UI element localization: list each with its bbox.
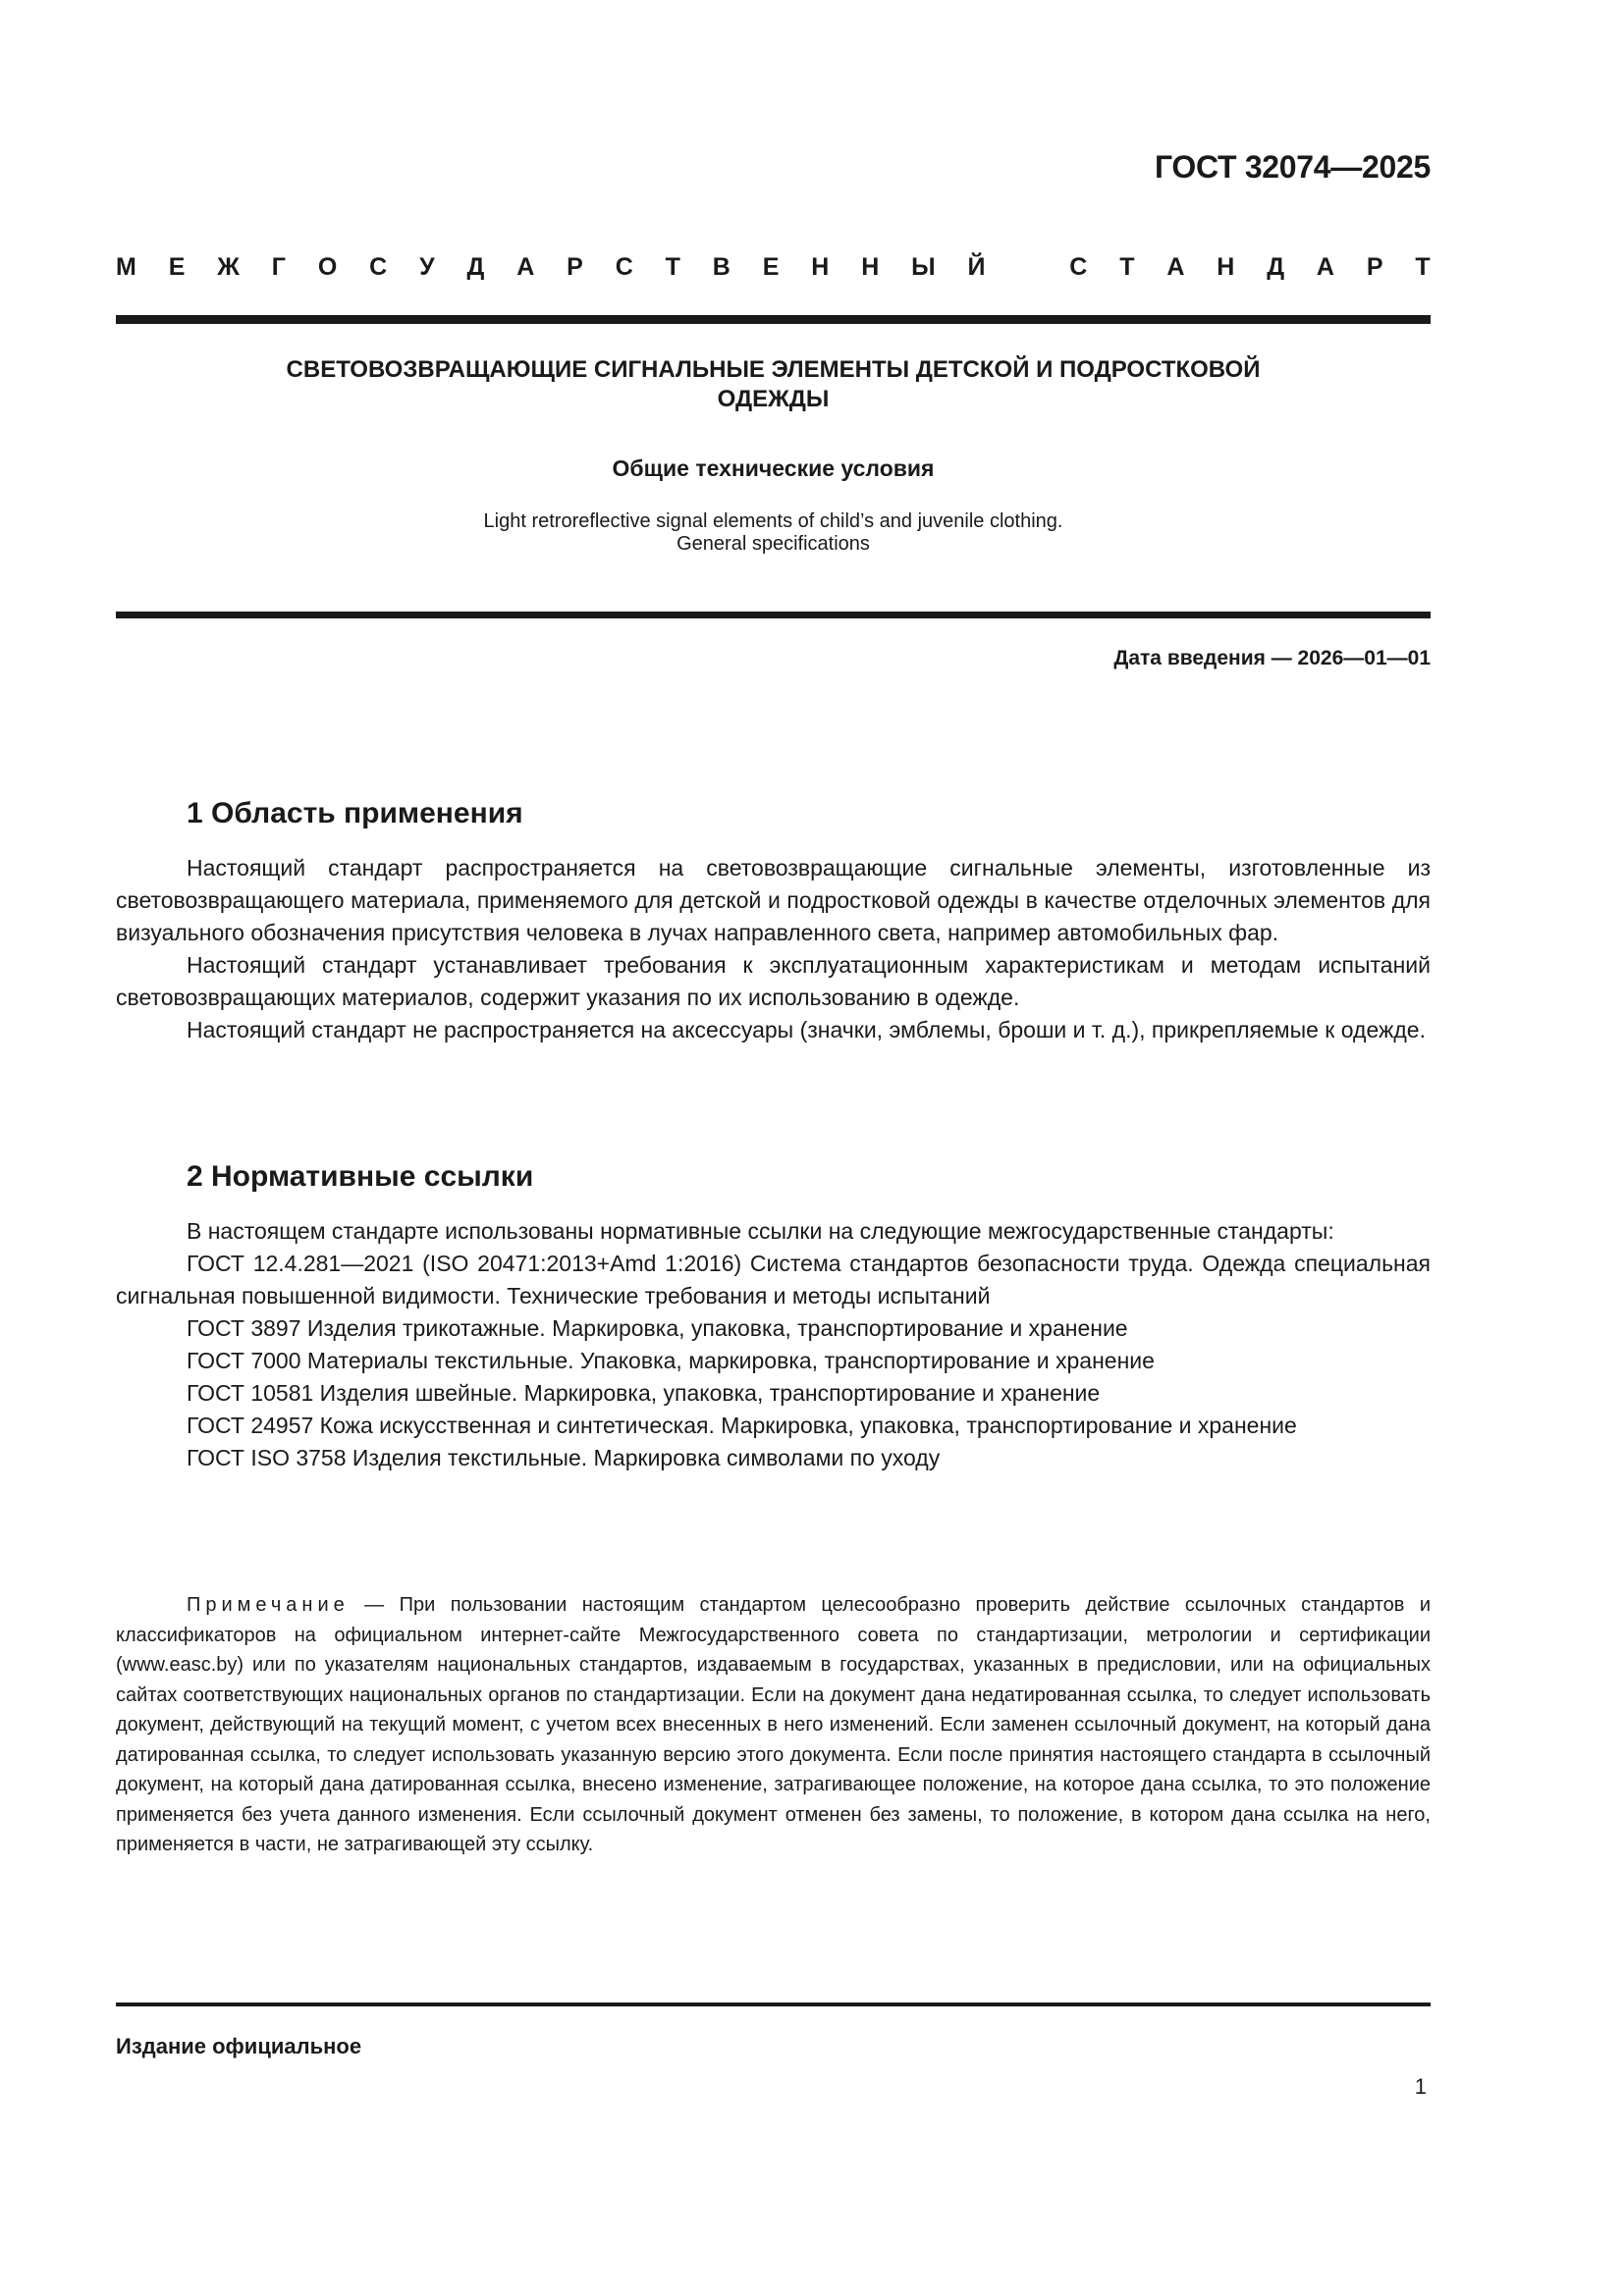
english-title-line-2: General specifications	[116, 533, 1431, 556]
section-1-heading: 1 Область применения	[187, 797, 523, 830]
standard-type-letter: О	[318, 253, 337, 282]
top-divider	[116, 315, 1431, 324]
standard-type-letter: Р	[1367, 253, 1383, 282]
note: Примечание — При пользовании настоящим с…	[116, 1590, 1431, 1860]
standard-type-letter: У	[419, 253, 435, 282]
standard-type-letter: А	[1166, 253, 1184, 282]
standard-type-letter: В	[713, 253, 731, 282]
reference-item: ГОСТ 3897 Изделия трикотажные. Маркировк…	[116, 1312, 1431, 1345]
standard-type-letter: А	[1317, 253, 1334, 282]
reference-item: ГОСТ 24957 Кожа искусственная и синтетич…	[116, 1410, 1431, 1442]
standard-type-letter: Т	[666, 253, 680, 282]
section-1-paragraph: Настоящий стандарт устанавливает требова…	[116, 949, 1431, 1014]
standard-type-letter: Т	[1415, 253, 1430, 282]
standard-type-heading: МЕЖГОСУДАРСТВЕННЫЙ СТАНДАРТ	[116, 253, 1431, 282]
page-number: 1	[1415, 2074, 1427, 2100]
note-text: — При пользовании настоящим стандартом ц…	[116, 1594, 1431, 1855]
standard-type-letter: С	[616, 253, 633, 282]
document-title-line-1: СВЕТОВОЗВРАЩАЮЩИЕ СИГНАЛЬНЫЕ ЭЛЕМЕНТЫ ДЕ…	[116, 355, 1431, 385]
standard-type-letter	[1017, 253, 1037, 282]
standard-type-letter: Ж	[217, 253, 240, 282]
document-subtitle: Общие технические условия	[116, 455, 1431, 482]
section-2-intro: В настоящем стандарте использованы норма…	[116, 1215, 1431, 1248]
section-1-paragraph: Настоящий стандарт не распространяется н…	[116, 1014, 1431, 1046]
section-2-body: В настоящем стандарте использованы норма…	[116, 1215, 1431, 1474]
standard-type-letter: Р	[567, 253, 583, 282]
note-label: Примечание	[187, 1594, 350, 1616]
standard-type-letter: Н	[1217, 253, 1234, 282]
standard-type-letter: Т	[1119, 253, 1134, 282]
section-1-body: Настоящий стандарт распространяется на с…	[116, 852, 1431, 1046]
section-1-paragraph: Настоящий стандарт распространяется на с…	[116, 852, 1431, 949]
standard-type-letter: Е	[763, 253, 780, 282]
standard-type-letter: Г	[272, 253, 286, 282]
standard-type-letter: С	[369, 253, 387, 282]
section-2-heading: 2 Нормативные ссылки	[187, 1160, 533, 1194]
document-title: СВЕТОВОЗВРАЩАЮЩИЕ СИГНАЛЬНЫЕ ЭЛЕМЕНТЫ ДЕ…	[116, 355, 1431, 414]
english-title-line-1: Light retroreflective signal elements of…	[116, 510, 1431, 533]
title-divider	[116, 612, 1431, 618]
english-title: Light retroreflective signal elements of…	[116, 510, 1431, 556]
document-title-line-2: ОДЕЖДЫ	[116, 385, 1431, 414]
standard-type-letter: Н	[811, 253, 829, 282]
official-edition-label: Издание официальное	[116, 2034, 361, 2059]
standard-type-letter: Н	[861, 253, 879, 282]
standard-type-letter: Д	[467, 253, 485, 282]
standard-type-letter: Д	[1267, 253, 1284, 282]
footer-divider	[116, 2002, 1431, 2006]
introduction-date: Дата введения — 2026—01—01	[1113, 647, 1431, 670]
standard-type-letter: М	[116, 253, 136, 282]
standard-type-letter: А	[516, 253, 534, 282]
standard-type-letter: С	[1069, 253, 1087, 282]
document-number: ГОСТ 32074—2025	[1155, 149, 1431, 186]
reference-item: ГОСТ ISO 3758 Изделия текстильные. Марки…	[116, 1442, 1431, 1474]
standard-type-letter: Е	[169, 253, 186, 282]
standard-type-letter: Й	[968, 253, 986, 282]
reference-item: ГОСТ 10581 Изделия швейные. Маркировка, …	[116, 1377, 1431, 1410]
reference-item: ГОСТ 7000 Материалы текстильные. Упаковк…	[116, 1345, 1431, 1377]
standard-type-letter: Ы	[911, 253, 935, 282]
reference-item: ГОСТ 12.4.281—2021 (ISO 20471:2013+Amd 1…	[116, 1248, 1431, 1312]
